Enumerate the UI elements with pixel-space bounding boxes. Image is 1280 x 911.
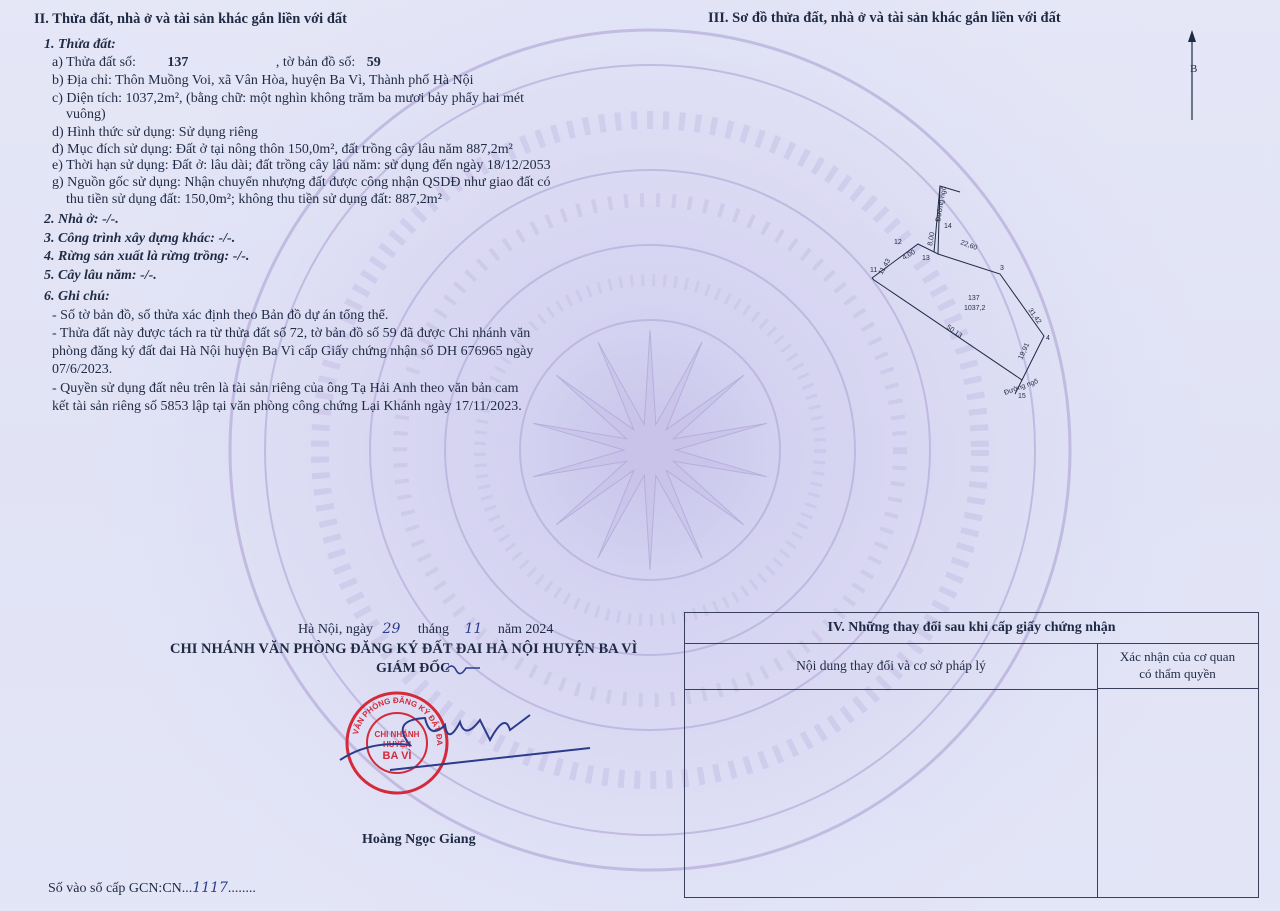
- svg-text:13: 13: [922, 255, 930, 262]
- parcel-sketch: Đường ngõ Đường ngõ 137 1037,2 22,60 31,…: [860, 180, 1100, 410]
- signer-name: Hoàng Ngọc Giang: [362, 832, 476, 848]
- svg-text:1037,2: 1037,2: [964, 305, 986, 312]
- area-row: c) Diện tích: 1037,2m², (bằng chữ: một n…: [52, 91, 524, 107]
- svg-text:19,91: 19,91: [1017, 342, 1031, 361]
- note-3-cont: kết tài sản riêng số 5853 lập tại văn ph…: [52, 399, 522, 415]
- svg-text:50,13: 50,13: [945, 324, 963, 340]
- forest-item: 4. Rừng sản xuất là rừng trồng: -/-.: [44, 249, 249, 265]
- registry-value: 1117: [192, 880, 228, 896]
- usage-term-row: e) Thời hạn sử dụng: Đất ở: lâu dài; đất…: [52, 158, 551, 174]
- parcel-heading: 1. Thửa đất:: [44, 37, 116, 53]
- note-3: - Quyền sử dụng đất nêu trên là tài sản …: [52, 381, 518, 397]
- usage-form-row: d) Hình thức sử dụng: Sử dụng riêng: [52, 125, 258, 141]
- signing-day: 29: [383, 621, 401, 637]
- map-sheet-value: 59: [367, 55, 381, 70]
- area-row-cont: vuông): [66, 107, 106, 123]
- usage-purpose-row: đ) Mục đích sử dụng: Đất ở tại nông thôn…: [52, 142, 513, 158]
- svg-text:Đường ngõ: Đường ngõ: [935, 186, 948, 223]
- section-iii-title: III. Sơ đồ thửa đất, nhà ở và tài sản kh…: [708, 10, 1061, 26]
- parcel-number-row: a) Thửa đất số: 137 , tờ bản đồ số: 59: [52, 55, 381, 71]
- map-sheet-label: , tờ bản đồ số:: [276, 55, 355, 70]
- note-2-cont2: 07/6/2023.: [52, 362, 112, 378]
- place-date: Hà Nội, ngày 29 tháng 11 năm 2024: [298, 621, 553, 638]
- other-construction-item: 3. Công trình xây dựng khác: -/-.: [44, 231, 235, 247]
- note-2: - Thửa đất này được tách ra từ thửa đất …: [52, 326, 530, 342]
- svg-text:4,00: 4,00: [902, 249, 917, 262]
- address-row: b) Địa chỉ: Thôn Muồng Voi, xã Vân Hòa, …: [52, 73, 474, 89]
- svg-text:15: 15: [1018, 393, 1026, 400]
- origin-row: g) Nguồn gốc sử dụng: Nhận chuyển nhượng…: [52, 175, 551, 191]
- changes-col-authority: Xác nhận của cơ quan có thẩm quyền: [1097, 643, 1258, 689]
- origin-row-cont: thu tiền sử dụng đất: 150,0m²; không thu…: [66, 192, 442, 208]
- svg-text:B: B: [1190, 63, 1197, 75]
- north-arrow-icon: B: [1180, 28, 1210, 128]
- authority-line2: có thẩm quyền: [1097, 665, 1258, 682]
- signing-month: 11: [464, 621, 482, 637]
- svg-text:22,60: 22,60: [959, 239, 978, 252]
- changes-title: IV. Những thay đổi sau khi cấp giấy chứn…: [685, 613, 1258, 644]
- authority-line1: Xác nhận của cơ quan: [1097, 648, 1258, 665]
- registry-trail: ........: [228, 881, 256, 896]
- registry-label: Số vào sổ cấp GCN:CN...: [48, 881, 192, 896]
- svg-text:4: 4: [1046, 335, 1050, 342]
- month-label: tháng: [418, 622, 449, 637]
- signature: [330, 700, 600, 780]
- svg-text:11: 11: [870, 267, 877, 274]
- svg-text:14: 14: [944, 223, 952, 230]
- note-2-cont: phòng đăng ký đất đai Hà Nội huyện Ba Vì…: [52, 344, 533, 360]
- svg-text:12: 12: [894, 239, 902, 246]
- notes-heading: 6. Ghi chú:: [44, 289, 110, 305]
- issuing-office: CHI NHÁNH VĂN PHÒNG ĐĂNG KÝ ĐẤT ĐAI HÀ N…: [170, 641, 637, 657]
- note-1: - Số tờ bản đồ, số thửa xác định theo Bả…: [52, 308, 388, 324]
- parcel-number-label: a) Thửa đất số:: [52, 55, 136, 70]
- signer-role: GIÁM ĐỐC: [376, 661, 450, 677]
- svg-text:11,43: 11,43: [878, 258, 893, 276]
- registry-number: Số vào sổ cấp GCN:CN...1117........: [48, 880, 256, 897]
- svg-text:3: 3: [1000, 265, 1004, 272]
- perennial-item: 5. Cây lâu năm: -/-.: [44, 268, 157, 284]
- section-ii-title: II. Thửa đất, nhà ở và tài sản khác gắn …: [34, 11, 347, 27]
- changes-body: [685, 689, 1098, 897]
- parcel-number-value: 137: [167, 55, 188, 70]
- changes-table: IV. Những thay đổi sau khi cấp giấy chứn…: [684, 612, 1259, 898]
- place-date-prefix: Hà Nội, ngày: [298, 622, 373, 637]
- house-item: 2. Nhà ở: -/-.: [44, 212, 119, 228]
- changes-col-content: Nội dung thay đổi và cơ sở pháp lý: [685, 643, 1098, 690]
- initial-mark: [444, 660, 484, 676]
- year-label: năm 2024: [498, 622, 554, 637]
- svg-text:137: 137: [968, 295, 980, 302]
